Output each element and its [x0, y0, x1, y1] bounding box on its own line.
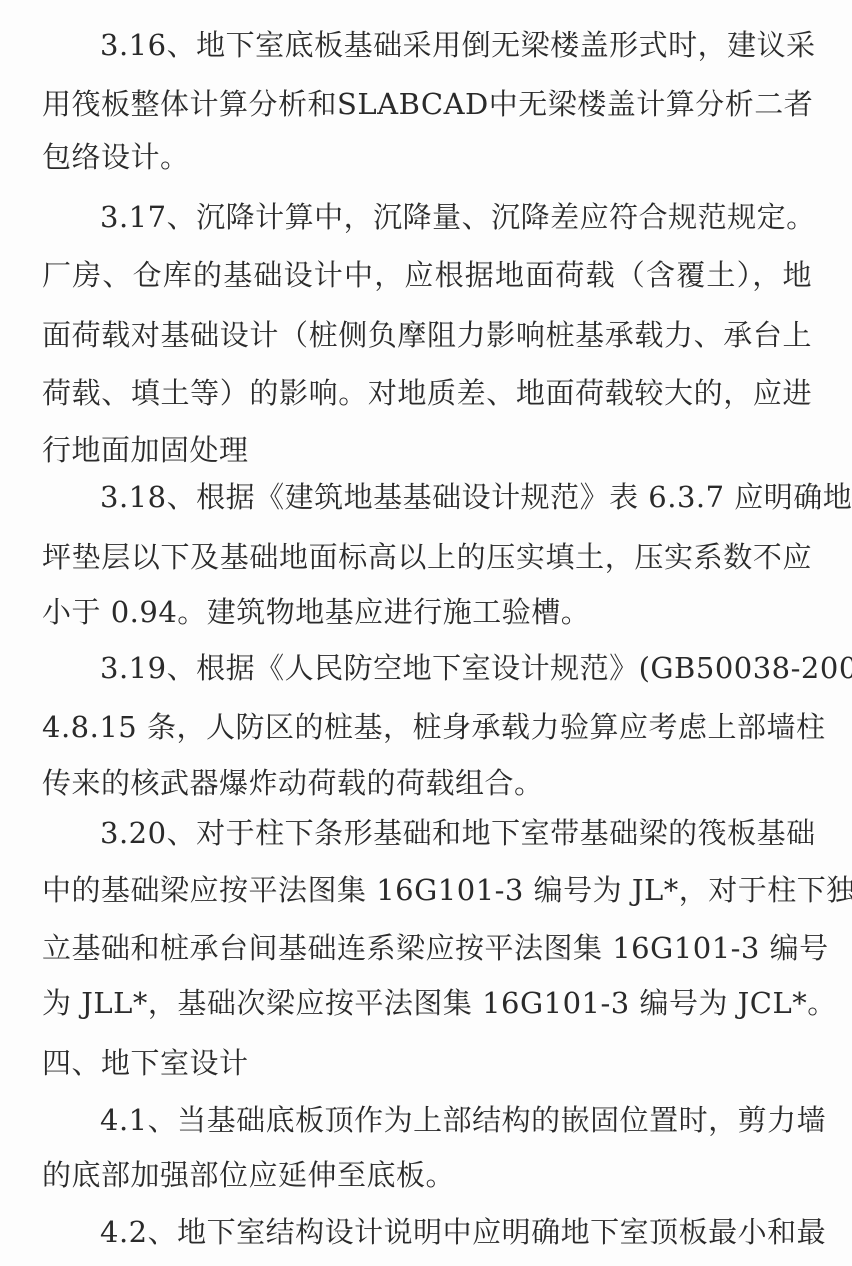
clause-3-16-line-1: 3.16、地下室底板基础采用倒无梁楼盖形式时，建议采 [100, 25, 812, 65]
section-4-heading: 四、地下室设计 [42, 1043, 812, 1083]
clause-3-17-line-1: 3.17、沉降计算中，沉降量、沉降差应符合规范规定。 [100, 197, 812, 237]
clause-3-19-line-2: 4.8.15 条，人防区的桩基，桩身承载力验算应考虑上部墙柱 [42, 707, 812, 747]
clause-3-16-line-3: 包络设计。 [42, 137, 812, 177]
clause-3-16-line-2: 用筏板整体计算分析和SLABCAD中无梁楼盖计算分析二者 [42, 84, 812, 124]
document-page: 3.16、地下室底板基础采用倒无梁楼盖形式时，建议采 用筏板整体计算分析和SLA… [0, 0, 852, 1266]
clause-3-20-line-3: 立基础和桩承台间基础连系梁应按平法图集 16G101-3 编号 [42, 928, 812, 968]
clause-3-20-line-4: 为 JLL*，基础次梁应按平法图集 16G101-3 编号为 JCL*。 [42, 983, 812, 1023]
clause-3-17-line-3: 面荷载对基础设计（桩侧负摩阻力影响桩基承载力、承台上 [42, 315, 812, 355]
clause-3-18-line-2: 坪垫层以下及基础地面标高以上的压实填土，压实系数不应 [42, 537, 812, 577]
clause-3-17-line-5: 行地面加固处理 [42, 430, 812, 470]
clause-3-20-line-1: 3.20、对于柱下条形基础和地下室带基础梁的筏板基础 [100, 813, 812, 853]
clause-4-1-line-1: 4.1、当基础底板顶作为上部结构的嵌固位置时，剪力墙 [100, 1100, 812, 1140]
clause-3-18-line-3: 小于 0.94。建筑物地基应进行施工验槽。 [42, 592, 812, 632]
clause-4-1-line-2: 的底部加强部位应延伸至底板。 [42, 1155, 812, 1195]
clause-4-2-line-1: 4.2、地下室结构设计说明中应明确地下室顶板最小和最 [100, 1212, 812, 1252]
clause-3-17-line-2: 厂房、仓库的基础设计中，应根据地面荷载（含覆土），地 [42, 255, 812, 295]
clause-3-19-line-1: 3.19、根据《人民防空地下室设计规范》(GB50038-2005) [100, 648, 812, 688]
clause-3-19-line-3: 传来的核武器爆炸动荷载的荷载组合。 [42, 763, 812, 803]
clause-3-18-line-1: 3.18、根据《建筑地基基础设计规范》表 6.3.7 应明确地 [100, 477, 812, 517]
clause-3-17-line-4: 荷载、填土等）的影响。对地质差、地面荷载较大的，应进 [42, 373, 812, 413]
clause-3-20-line-2: 中的基础梁应按平法图集 16G101-3 编号为 JL*，对于柱下独 [42, 870, 812, 910]
